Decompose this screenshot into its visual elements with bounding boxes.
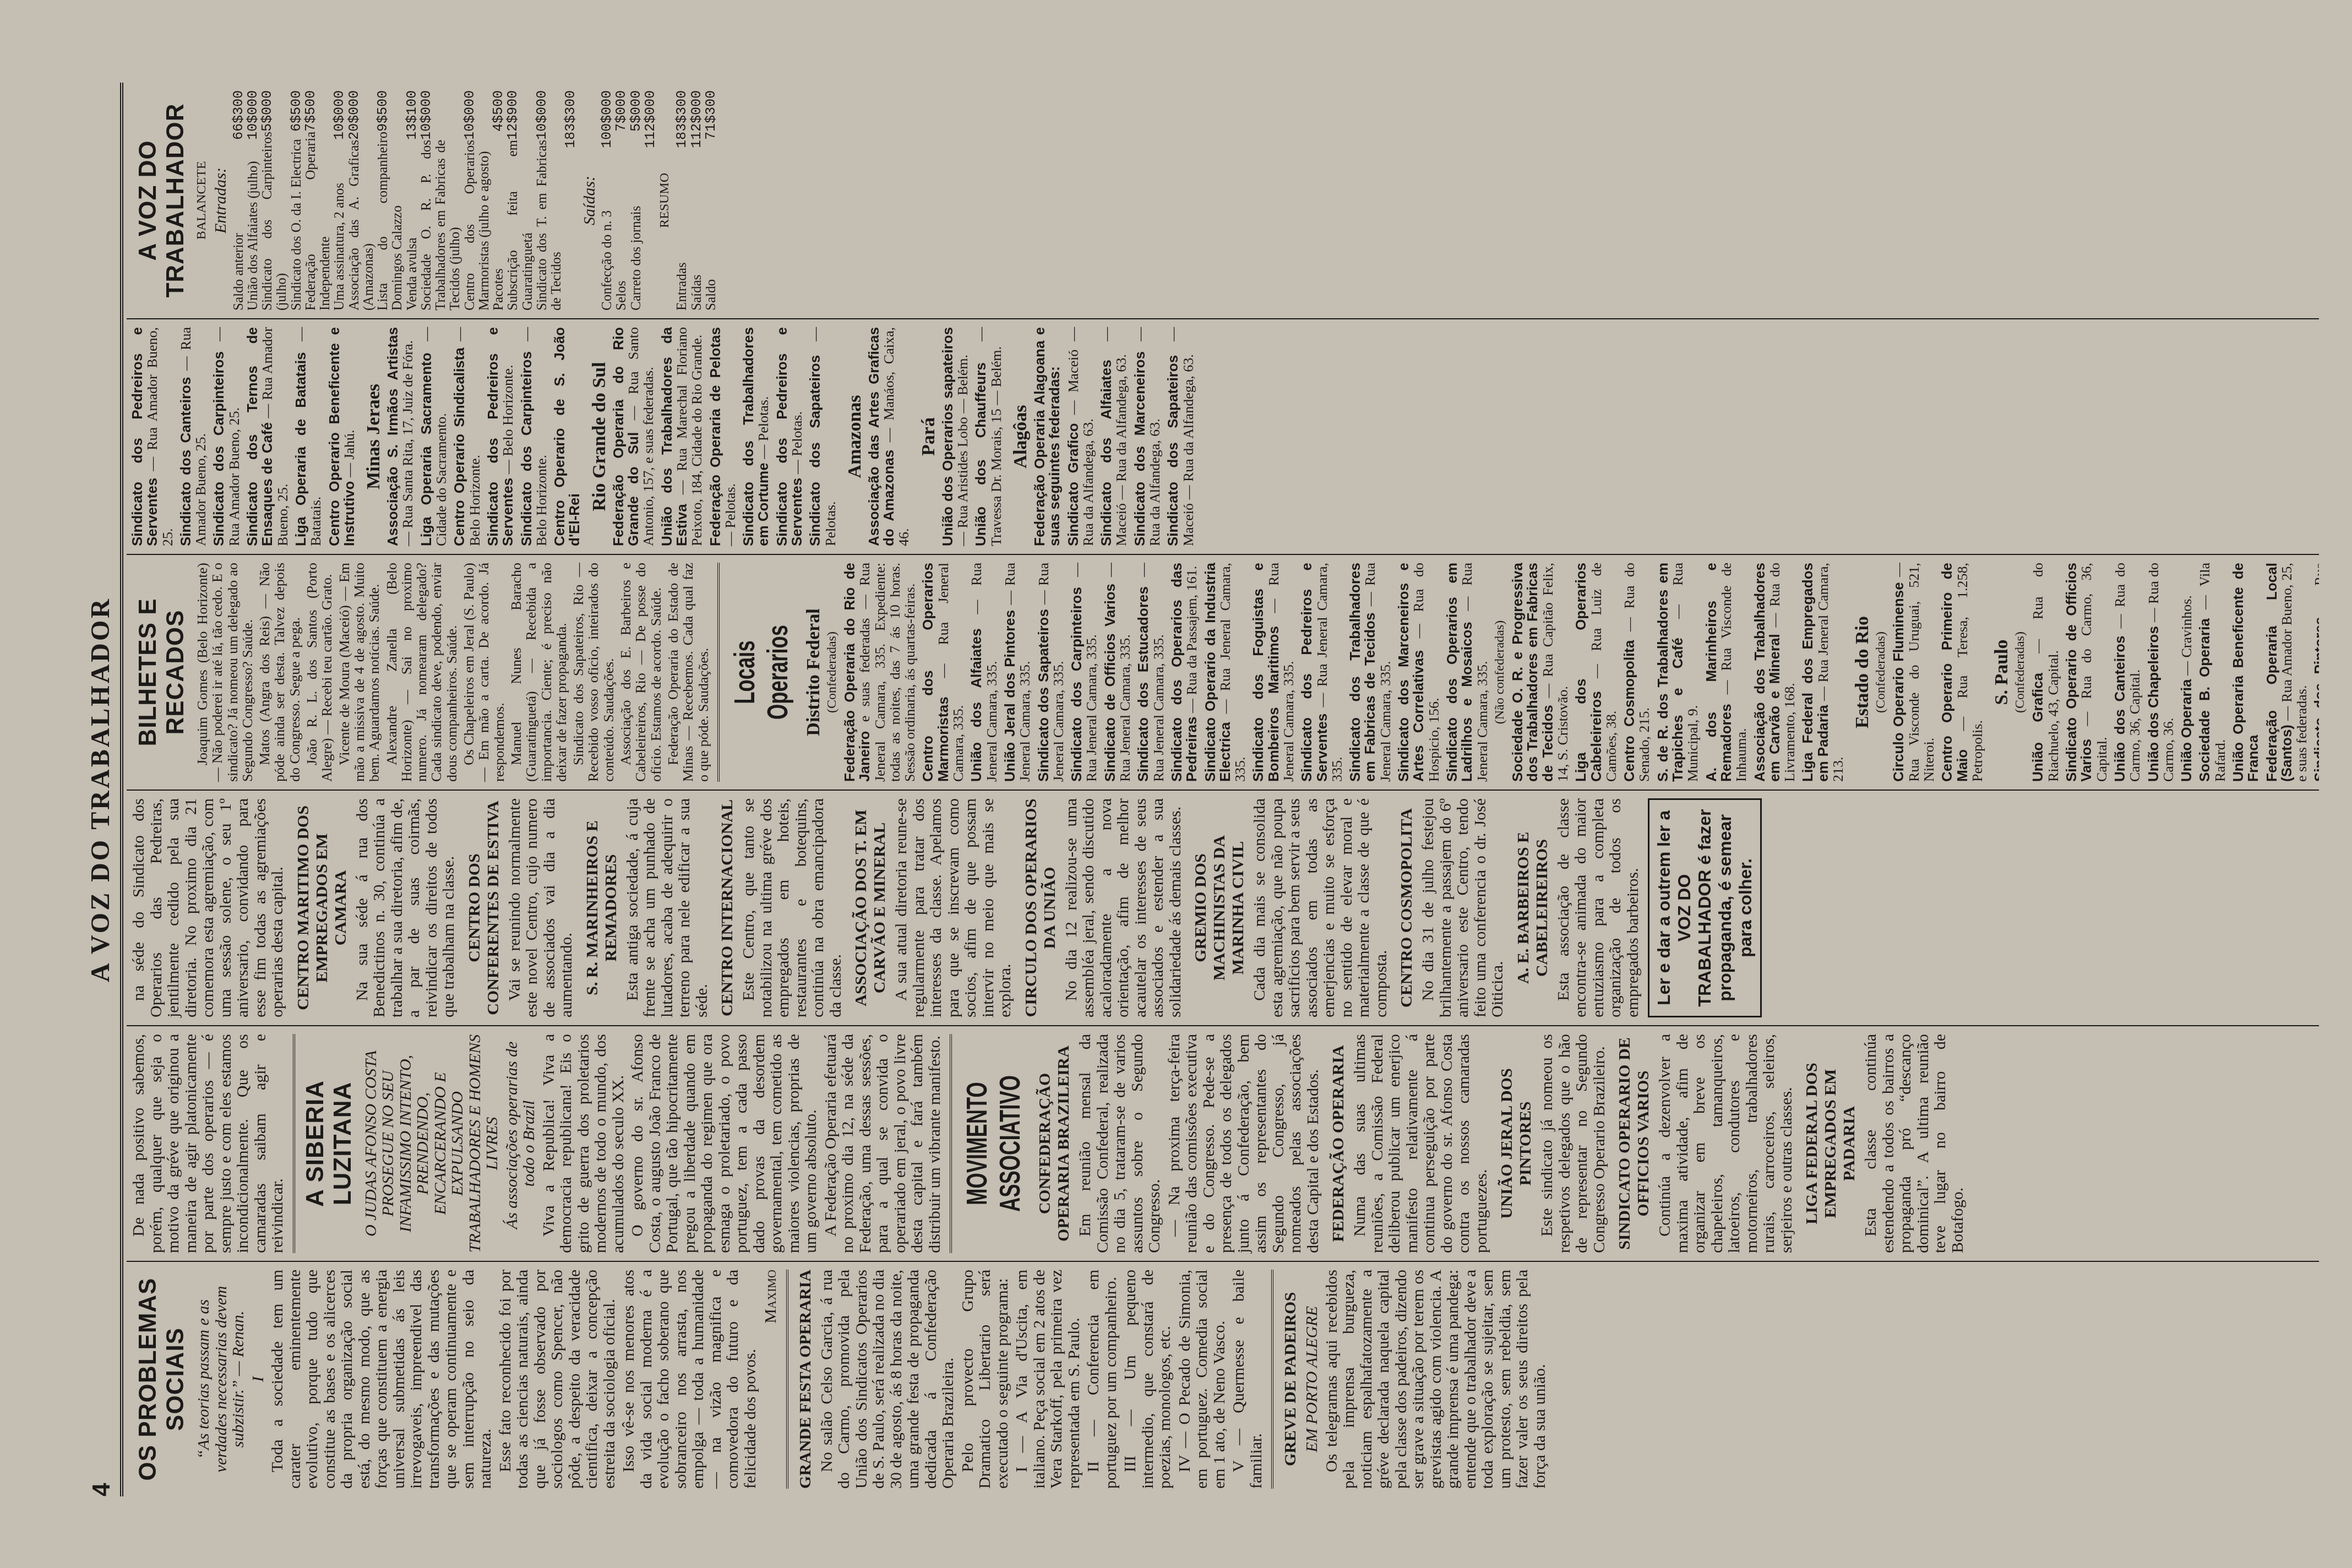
ledger-row: Venda avulsa13$100 [405,90,420,311]
organization-name: Sindicato dos Marceneiros [1131,351,1148,546]
page-number: 4 [88,1483,116,1496]
ledger-value: 100$000 [600,90,614,148]
paragraph: Viva a Republica! Viva a democracia repu… [540,1034,627,1253]
ledger-value: 10$000 [420,90,463,140]
directory-entry: S. de R. dos Trabalhadores em Trapiches … [1656,563,1701,782]
article-title: S. R. MARINHEIROS E REMADORES [583,798,620,1017]
ledger-label: Entradas [675,263,689,311]
ledger-value: 10$000 [535,90,564,140]
article-lead: O JUDAS AFONSO COSTA PROSEGUE NO SEU INF… [362,1034,501,1253]
ledger-list: Saldo anterior66$300União dos Alfaiates … [232,90,564,311]
directory-list: Federação Operaria do Rio de Janeiro e s… [842,563,1490,782]
directory-entry: Sindicato dos Marceneiros e Artes Correl… [1396,563,1441,782]
paragraph: A Federação Operaria efetuará no proximo… [822,1034,944,1253]
note: Os Chapeleiros em Jeral (S. Paulo) — Em … [461,563,507,782]
organization-name: Circulo Operario Fluminense [1890,582,1907,782]
organization-address: — Cravinhos. [2179,595,2195,676]
paragraph: Esta antiga sociedade, á cuja frente se … [624,798,711,1017]
divider [786,1270,788,1489]
ledger-row: Federação Operaria Independente7$500 [304,90,333,311]
section-title: A VOZ DO TRABALHADOR [134,90,189,311]
directory-entry: Sindicato Grafico — Maceió — Rua da Alfa… [1066,327,1096,546]
directory-entry: Sindicato dos Operarios das Pedreiras — … [1169,563,1200,782]
divider [950,1034,952,1253]
ledger-value: 13$100 [405,90,420,140]
ledger-label: Sindicato dos T. em Fabricas de Tecidos [535,140,564,311]
directory-entry: Liga Operaria Sacramento — Cidade do Sac… [419,327,449,546]
directory-entry: Liga dos Operarios Cabeleireiros — Rua L… [1574,563,1619,782]
article-title: CENTRO DOS CONFERENTES DE ESTIVA [465,798,503,1017]
columns: OS PROBLEMAS SOCIAIS “As teorias passam … [127,83,2319,1496]
ledger-value: 4$500 [492,90,506,132]
organization-address: — Pelotas. [722,483,738,546]
article-title: A. E. BARBEIROS E CABELEIREIROS [1514,798,1551,1017]
section-number: I [249,1270,267,1489]
paragraph: — Na proxima terça-feira reunião das com… [1166,1034,1322,1253]
ledger-label: Uma assinatura, 2 anos [333,183,347,311]
paragraph: na séde do Sindicato dos Operarios das P… [130,798,286,1017]
article-title: CENTRO COSMOPOLITA [1397,798,1416,1017]
organization-name: Sindicato Grafico [1065,423,1081,546]
directory-entry: União dos Canteiros — Rua do Carmo, 36, … [2113,563,2143,782]
paragraph: Continúa a dezenvolver a maxima atividad… [1656,1034,1795,1253]
paragraph: Em reunião mensal da Comissão Confederal… [1076,1034,1163,1253]
divider [1271,1270,1273,1489]
paragraph: Isso vê-se nos menores atos da vida soci… [620,1270,759,1489]
article-title: ASSOCIAÇÃO DOS T. EM CARVÃO E MINERAL [852,798,889,1017]
directory-entry: Sindicato dos Estucadores — Rua Jeneral … [1136,563,1166,782]
organization-name: União Operaria Beneficente de Franca [2230,563,2261,782]
ledger-list: Entradas183$300Saídas112$000 [675,90,704,311]
article-title: GRANDE FESTA OPERARIA [796,1270,815,1489]
organization-name: Sindicato dos Sapateiros [1035,609,1052,782]
ledger-value: 7$500 [304,90,333,132]
ledger-label: Venda avulsa [405,237,420,311]
note: Alexandre Zanella (Belo Horizonte) — Sai… [384,563,459,782]
ledger-row: Confecção do n. 3100$000 [600,90,614,311]
newspaper-page: 4 A VOZ DO TRABALHADOR 4 OS PROBLEMAS SO… [0,0,2352,1568]
section-title: Locais Operarios [728,596,794,749]
region-title: Estado do Rio [1852,563,1873,782]
organization-name: Sindicato de Officios Varios [1102,584,1118,782]
region-title: Minas Jeraes [363,327,384,546]
masthead: 4 A VOZ DO TRABALHADOR 4 [83,83,123,1496]
ledger-label: Federação Operaria Independente [304,132,333,311]
note: Manuel Nunes Baracho (Guaratinguetá) — R… [509,563,569,782]
ledger-value: 66$300 [232,90,246,140]
paragraph: IV — O Pecado de Simonia, em portuguez. … [1176,1270,1228,1489]
directory-entry: Federação Operaria Local (Santos) — Rua … [2264,563,2310,782]
organization-name: Centro Operario Sindicalista [451,347,467,546]
directory-entry: Federação Operaria do Rio Grande do Sul … [611,327,656,546]
paragraph: Os telegramas aqui recebidos pela impren… [1323,1270,1549,1489]
ledger-value: 10$000 [463,90,492,140]
ledger-row: Sociedade O. R. P. dos Trabalhadores em … [420,90,463,311]
directory-entry: Sociedade B. Operaria — Vila Rafard. [2197,563,2228,782]
article-title: GREVE DE PADEIROS [1281,1270,1300,1489]
ledger-label: Lista do companheiro Domingos Calazzo [376,132,405,311]
directory-entry: União dos Operarios sapateiros — Rua Ari… [940,327,971,546]
directory-entry: Sindicato dos Foguistas e Bombeiros Mari… [1251,563,1296,782]
ledger-value: 183$300 [675,90,689,148]
organization-name: União dos Chauffeurs [972,362,989,546]
article-title: CIRCULO DOS OPERARIOS DA UNIÃO [1022,798,1059,1017]
directory-entry: Sindicato dos Pintores — Rua Amador Buen… [2312,563,2319,782]
ledger-row: Lista do companheiro Domingos Calazzo9$5… [376,90,405,311]
ledger-row: Subscrição feita em Guaratinguetá12$900 [506,90,535,311]
paragraph: Pelo provecto Grupo Dramatico Libertario… [959,1270,1011,1489]
organization-name: Sindicato dos Estucadores [1135,586,1151,782]
paragraph: Na sua séde á rua dos Benedictinos n. 30… [353,798,458,1017]
organization-address: — Rua Santa Rita, 17, Juiz de Fóra. [400,340,416,546]
directory-entry: União Operaria Beneficente de Franca [2231,563,2261,782]
ledger-label: União dos Alfaiates (julho) [246,161,260,311]
article-subtitle: EM PORTO ALEGRE [1303,1270,1321,1489]
directory-entry: Sindicato dos Alfaiates — Maceió — Rua d… [1099,327,1129,546]
paragraph: Cada dia mais se consolida esta agremiaç… [1251,798,1390,1017]
ledger-row: Sindicato dos O. da I. Electrica6$500 [290,90,304,311]
directory-entry: Sindicato dos Pedreiros e Serventes — Ru… [1299,563,1344,782]
paragraph: O governo do sr. Afonso Costa, o augusto… [629,1034,820,1253]
directory-entry: Sindicato dos Carpinteiros — Belo Horizo… [519,327,549,546]
ledger-total: 183$300 [564,90,578,311]
directory-entry: Federação Operaria Alagoana e suas segui… [1032,327,1063,546]
directory-entry: União dos Trabalhadores da Estiva — Rua … [660,327,705,546]
article-title: LIGA FEDERAL DOS EMPREGADOS EM PADARIA [1803,1034,1859,1253]
region-note: (Confederadas) [825,563,839,782]
note: Vicente de Moura (Maceió) — Em mão a mis… [337,563,382,782]
article-title: CENTRO INTERNACIONAL [718,798,737,1017]
ledger-list: Confecção do n. 3100$000Selos7$000Carret… [600,90,644,311]
directory-entry: União Jeral dos Pintores — Rua Jeneral C… [1003,563,1033,782]
ledger-label: Subscrição feita em Guaratinguetá [506,140,535,311]
paragraph: V — Quermesse e baile familiar. [1230,1270,1265,1489]
directory-entry: Liga Federal dos Empregados em Padaria —… [1800,563,1845,782]
region-title: Rio Grande do Sul [589,327,610,546]
note: Joaquim Gomes (Belo Horizonte) — Não pod… [195,563,255,782]
ledger-value: 112$000 [690,90,704,148]
organization-name: Associação S. Irmãos Artistas [384,327,401,546]
note: João R. L. dos Santos (Porto Alegre) — R… [304,563,335,782]
organization-name: Sindicato dos Canteiros [177,377,194,546]
directory-entry: Sindicato dos Pedreiros e Serventes — Pe… [775,327,805,546]
article-title: FEDERAÇÃO OPERARIA [1329,1034,1348,1253]
directory-entry: Centro Operario de S. João d'El-Rei [552,327,582,546]
ledger-label: Confecção do n. 3 [600,210,614,311]
article-title: CENTRO MARITIMO DOS EMPREGADOS EM CAMARA [294,798,350,1017]
ledger-label: Carreto dos jornais [629,206,644,311]
ledger-row: Carreto dos jornais5$000 [629,90,644,311]
ledger-value: 5$000 [629,90,644,132]
column-2: De nada positivo sabemos, porém, qualque… [127,1025,2319,1261]
paragraph: II — Conferencia em portuguez por um com… [1085,1270,1119,1489]
directory-entry: Centro Operario Primeiro de Maio — Rua T… [1940,563,1985,782]
ledger-value: 10$000 [333,90,347,140]
organization-address: — Pelotas. [755,396,771,459]
saldo-row: Saldo 71$300 [704,90,718,311]
directory-entry: Associação S. Irmãos Artistas — Rua Sant… [385,327,416,546]
article-title: UNIÃO JERAL DOS PINTORES [1498,1034,1535,1253]
organization-address: — Rua Aristides Lobo — Belém. [955,355,971,546]
directory-entry: Centro Cosmopolita — Rua do Senado, 215. [1622,563,1652,782]
directory-list: Associação das Artes Graficas do Amazona… [867,327,912,546]
section-title: BILHETES E RECADOS [134,563,189,782]
directory-entry: União dos Chapeleiros — Rua do Carmo, 36… [2146,563,2176,782]
note: Federação Operaria do Estado de Minas — … [666,563,711,782]
directory-entry: Associação dos Trabalhadores em Carvão e… [1752,563,1798,782]
ledger-value: 5$000 [260,90,290,132]
region-note: (Confederadas) [1874,563,1888,782]
directory-entry: Federação Operaria de Pelotas — Pelotas. [708,327,738,546]
directory-entry: Sindicato dos Marceneiros — Rua da Alfan… [1133,327,1163,546]
organization-name: Sindicato dos Pintores [2311,617,2319,782]
directory-entry: Sindicato dos Trabalhadores em Cortume —… [741,327,771,546]
ledger-value: 20$000 [347,90,377,140]
paragraph: III — Um pequeno intermedio, que constar… [1121,1270,1174,1489]
directory-list: Federação Operaria do Rio Grande do Sul … [611,327,838,546]
ledger-row: Entradas183$300 [675,90,689,311]
paragraph: No dia 12 realizou-se uma assembléa jera… [1063,798,1184,1017]
organization-address: — Belo Horizonte. [500,365,516,475]
ledger-label: Sindicato dos O. da I. Electrica [290,139,304,311]
ledger-label: Saídas [690,275,704,311]
signature: Maximo [762,1270,780,1489]
article-title: SINDICATO OPERARIO DE OFFICIOS VARIOS [1615,1034,1653,1253]
note: Sindicato dos Sapateiros, Rio — Recebido… [571,563,616,782]
region-title: Alagôas [1010,327,1031,546]
ledger-value: 12$900 [506,90,535,140]
organization-name: Federação Operaria Alagoana e suas segui… [1031,327,1063,546]
organization-name: União Jeral dos Pintores [1001,610,1018,782]
ledger-value: 9$500 [376,90,405,132]
directory-entry: União dos Chauffeurs — Travessa Dr. Mora… [973,327,1004,546]
column-6: A VOZ DO TRABALHADOR BALANCETE Entradas:… [127,83,2319,318]
saidas-label: Saídas: [581,90,598,311]
note: Matos (Angra dos Reis) — Não póde ainda … [257,563,302,782]
directory-entry: Centro Operario Beneficente e Instrutivo… [327,327,357,546]
organization-name: Liga Operaria Sacramento [418,352,434,546]
article-title: CONFEDERAÇÃO OPERARIA BRAZILEIRA [1036,1034,1073,1253]
paragraph: Ás associações operarias de todo o Brazi… [503,1034,538,1253]
directory-entry: Sindicato dos Carpinteiros — Rua Jeneral… [1069,563,1099,782]
note: Associação dos E. Barbeiros e Cabeleirei… [618,563,663,782]
ledger-row: Centro dos Operarios Marmoristas (julho … [463,90,492,311]
article-title: OS PROBLEMAS SOCIAIS [134,1270,189,1489]
directory-list: União Grafica — Rua do Riachuelo, 43, Ca… [2030,563,2319,782]
ledger-label: Pacotes [492,269,506,311]
directory-entry: Sindicato de Officios Varios — Rua Jener… [1103,563,1133,782]
directory-list: Federação Operaria Alagoana e suas segui… [1032,327,1196,546]
directory-entry: Sindicato dos Canteiros — Rua Amador Bue… [178,327,209,546]
directory-entry: Centro Operario Sindicalista — Belo Hori… [452,327,482,546]
paragraph: Toda a sociedade tem um carater eminente… [269,1270,494,1489]
paragraph: Este sindicato já nomeou os respetivos d… [1538,1034,1608,1253]
directory-entry: Circulo Operario Fluminense — Rua Viscon… [1891,563,1936,782]
organization-name: União dos Chapeleiros [2145,626,2162,782]
ledger-label: Centro dos Operarios Marmoristas (julho … [463,140,492,311]
directory-entry: Federação Operaria do Rio de Janeiro e s… [842,563,917,782]
article-title: A SIBERIA LUZITANA [302,1034,357,1253]
ledger-label: Sindicato dos Carpinteiros (julho) [260,132,290,311]
region-title: Amazonas [845,327,865,546]
ledger-label: Associação das A. Graficas (Amazonas) [347,140,377,311]
directory-list: Associação S. Irmãos Artistas — Rua Sant… [385,327,582,546]
paragraph: De nada positivo sabemos, porém, qualque… [130,1034,286,1253]
ledger-value: 7$000 [614,90,629,132]
column-3: na séde do Sindicato dos Operarios das P… [127,790,2319,1025]
organization-name: Liga Operaria de Batatais [292,352,309,546]
column-5: Sindicato dos Pedreiros e Serventes — Ru… [127,318,2319,554]
directory-entry: Sindicato dos Sapateiros — Rua Jeneral C… [1036,563,1066,782]
paragraph: No dia 31 de julho festejou brilhantemen… [1419,798,1506,1017]
organization-address: — Rua da Passajem, 161. [1184,566,1200,713]
directory-entry: A. dos Marinheiros e Remadores — Rua Vis… [1704,563,1749,782]
ledger-row: União dos Alfaiates (julho)10$000 [246,90,260,311]
organization-name: Federação Operaria de Pelotas [707,327,723,546]
paragraph: Esta classe continúa estendendo a todos … [1862,1034,1966,1253]
region-title: Distrito Federal [803,563,824,782]
region-note: (Não confederadas) [1493,563,1507,782]
organization-name: Sindicato dos Carpinteiros [1068,587,1085,782]
directory-entry: União Grafica — Rua do Riachuelo, 43, Ca… [2030,563,2061,782]
epigraph: “As teorias passam e as verdades necessa… [195,1270,247,1489]
organization-name: Sindicato dos Alfaiates [1098,360,1114,546]
region-title: S. Paulo [1991,563,2012,782]
ledger-row: Saídas112$000 [690,90,704,311]
organization-name: Sindicato dos Sapateiros [1164,355,1181,546]
organization-address: — Pelotas. [789,411,805,474]
ledger-row: Selos7$000 [614,90,629,311]
organization-name: União Grafica [2029,673,2046,782]
divider [717,563,720,782]
directory-entry: Centro dos Operarios Marmoristas — Rua J… [921,563,966,782]
paragraph: No salão Celso Garcia, á rua do Carmo, p… [818,1270,957,1489]
organization-name: Sociedade B. Operaria [2196,618,2213,782]
organization-name: Sindicato dos Carpinteiros [518,351,535,546]
column-4: BILHETES E RECADOS Joaquim Gomes (Belo H… [127,554,2319,790]
directory-entry: Sindicato dos Carpinteiros — Rua Amador … [211,327,242,546]
column-1: OS PROBLEMAS SOCIAIS “As teorias passam … [127,1261,2319,1496]
directory-entry: Sindicato dos Sapateiros — Maceió — Rua … [1166,327,1196,546]
organization-name: União Operaria [2178,679,2195,782]
directory-list: Sociedade O. R. e Progressiva dos Trabal… [1510,563,1845,782]
paragraph: A sua atual diretoria reune-se regularme… [892,798,1014,1017]
directory-list: Sindicato dos Pedreiros e Serventes — Ru… [130,327,357,546]
ledger-row: Saldo anterior66$300 [232,90,246,311]
directory-list: União dos Operarios sapateiros — Rua Ari… [940,327,1004,546]
ledger-total: 112$000 [644,90,658,311]
directory-entry: União Operaria — Cravinhos. [2179,563,2194,782]
paragraph: Este Centro, que tanto se notabilizou na… [740,798,844,1017]
organization-name: Sindicato dos Carpinteiros [210,351,227,546]
ledger-label: Selos [614,281,629,311]
directory-list: Circulo Operario Fluminense — Rua Viscon… [1891,563,1985,782]
organization-name: Centro Operario de S. João d'El-Rei [551,327,582,546]
section-title: MOVIMENTO ASSOCIATIVO [961,1067,1027,1221]
paragraph: Vai se reunindo normalmente este novel C… [506,798,575,1017]
organization-name: Centro Cosmopolita [1621,640,1637,782]
directory-entry: Sindicato dos Operarios em Ladrilhos e M… [1445,563,1490,782]
directory-entry: Sindicato Operario de Officios Varios — … [2064,563,2109,782]
ledger-label: Saldo anterior [232,233,246,311]
directory-entry: Sindicato Operario da Industria Electric… [1203,563,1248,782]
promo-box: Ler e dar a outrem ler a VOZ DO TRABALHA… [1648,798,1762,1017]
ledger-label: Sociedade O. R. P. dos Trabalhadores em … [420,140,463,311]
ledger-row: Sindicato dos T. em Fabricas de Tecidos1… [535,90,564,311]
directory-entry: Liga Operaria de Batatais — Batatais. [293,327,324,546]
directory-entry: Sindicato dos Pedreiros e Serventes — Ru… [130,327,175,546]
resumo-label: RESUMO [658,90,672,311]
ledger-value: 6$500 [290,90,304,132]
directory-entry: União dos Alfaiates — Rua Jeneral Camara… [969,563,999,782]
entradas-label: Entradas: [212,90,230,311]
ledger-row: Associação das A. Graficas (Amazonas)20$… [347,90,377,311]
newspaper-title: A VOZ DO TRABALHADOR [85,96,116,1483]
ledger-row: Sindicato dos Carpinteiros (julho)5$000 [260,90,290,311]
organization-name: União dos Alfaiates [968,628,984,782]
paragraph: Esse fato reconhecido foi por todas as c… [497,1270,618,1489]
section-subtitle: BALANCETE [195,90,209,311]
directory-entry: Associação das Artes Graficas do Amazona… [867,327,912,546]
paragraph: Esta associação de classe encontra-se an… [1555,798,1642,1017]
region-note: (Confederadas) [2013,563,2027,782]
organization-name: Sindicato dos Sapateiros [807,355,823,546]
organization-address: — Rua Teresa, 1.258, Petropolis. [1954,563,1985,782]
ledger-row: Uma assinatura, 2 anos10$000 [333,90,347,311]
region-title: Pará [918,327,939,546]
directory-entry: Sindicato dos Ternos de Ensaques de Café… [245,327,290,546]
directory-entry: Sindicato dos Sapateiros — Pelotas. [808,327,838,546]
organization-address: — Jahú. [341,429,357,477]
directory-entry: Sociedade O. R. e Progressiva dos Trabal… [1510,563,1570,782]
ledger-value: 10$000 [246,90,260,140]
ledger-row: Pacotes4$500 [492,90,506,311]
paragraph: I — A Via d'Uscita, em italiano. Peça so… [1013,1270,1082,1489]
article-title: GREMIO DOS MACHINISTAS DA MARINHA CIVIL [1191,798,1248,1017]
directory-entry: Sindicato dos Trabalhadores em Fabricas … [1348,563,1393,782]
divider [293,1034,295,1253]
organization-name: União dos Operarios sapateiros [939,327,956,546]
directory-entry: Sindicato dos Pedreiros e Serventes — Be… [486,327,516,546]
paragraph: Numa das suas ultimas reuniões, a Comiss… [1351,1034,1490,1253]
organization-name: União dos Canteiros [2111,635,2128,782]
